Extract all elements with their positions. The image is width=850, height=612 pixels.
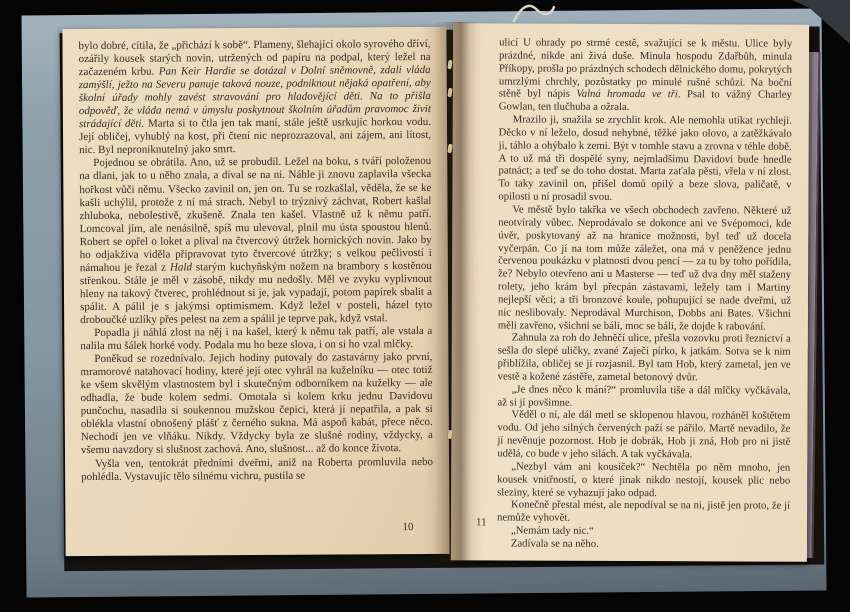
italic-text-run: Hald <box>170 261 192 273</box>
paragraph: Mrazilo ji, snažila se zrychlit krok. Al… <box>498 113 791 204</box>
paragraph: Vyšla ven, tentokrát předními dveřmi, an… <box>81 455 433 483</box>
paragraph: Věděl o ní, ale dál metl se sklopenou hl… <box>497 409 790 462</box>
right-page-text: ulicí U ohrady po strmé cestě, svažující… <box>497 36 792 551</box>
left-page-text: bylo dobré, cítila, že „přichází k sobě“… <box>78 38 433 484</box>
text-run: Pojednou se obrátila. Ano, už se probudi… <box>79 155 432 274</box>
text-run: Popadla ji náhlá zlost na něj i na kašel… <box>80 325 432 352</box>
paragraph: Konečně přestal mést, ale nepodíval se n… <box>497 499 790 526</box>
paragraph: Pojednou se obrátila. Ano, už se probudi… <box>79 155 432 327</box>
text-run: „Je dnes něco k mání?“ promluvila tiše a… <box>497 383 790 408</box>
text-run: Poněkud se rozednívalo. Jejich hodiny pu… <box>80 351 432 456</box>
text-run: Konečně přestal mést, ale nepodíval se n… <box>497 499 790 524</box>
text-run: Zadívala se na něho. <box>511 537 599 549</box>
text-run: Zahnula za roh do Jehněčí ulice, přešla … <box>498 332 791 383</box>
right-page: ulicí U ohrady po strmé cestě, svažující… <box>451 23 809 562</box>
bookmark-thread <box>512 1 556 25</box>
text-run: Vyšla ven, tentokrát předními dveřmi, an… <box>81 455 433 482</box>
paragraph: „Nemám tady nic.“ <box>497 524 790 538</box>
text-run: Mrazilo ji, snažila se zrychlit krok. Al… <box>498 114 791 203</box>
paragraph: Ve městě bylo takřka ve všech obchodech … <box>498 203 792 333</box>
photo-of-open-book: bylo dobré, cítila, že „přichází k sobě“… <box>0 0 850 612</box>
left-page: bylo dobré, cítila, že „přichází k sobě“… <box>62 27 449 556</box>
paragraph: „Je dnes něco k mání?“ promluvila tiše a… <box>497 383 790 410</box>
text-run: „Nezbyl vám ani kousíček?“ Nechtěla po n… <box>497 460 790 498</box>
paragraph: Popadla ji náhlá zlost na něj i na kašel… <box>80 325 432 353</box>
text-run: Věděl o ní, ale dál metl se sklopenou hl… <box>497 409 790 460</box>
text-run: Ve městě bylo takřka ve všech obchodech … <box>498 203 792 332</box>
paragraph: bylo dobré, cítila, že „přichází k sobě“… <box>78 38 431 158</box>
paragraph: Poněkud se rozednívalo. Jejich hodiny pu… <box>80 351 433 458</box>
page-number-right: 11 <box>476 516 487 528</box>
paragraph: ulicí U ohrady po strmé cestě, svažující… <box>499 36 792 114</box>
text-run: „Nemám tady nic.“ <box>511 525 594 537</box>
italic-text-run: Valná hromada ve tři <box>576 88 678 100</box>
page-number-left: 10 <box>402 521 413 533</box>
paragraph: „Nezbyl vám ani kousíček?“ Nechtěla po n… <box>497 460 790 500</box>
paragraph: Zadívala se na něho. <box>497 537 790 551</box>
paragraph: Zahnula za roh do Jehněčí ulice, přešla … <box>498 332 791 385</box>
